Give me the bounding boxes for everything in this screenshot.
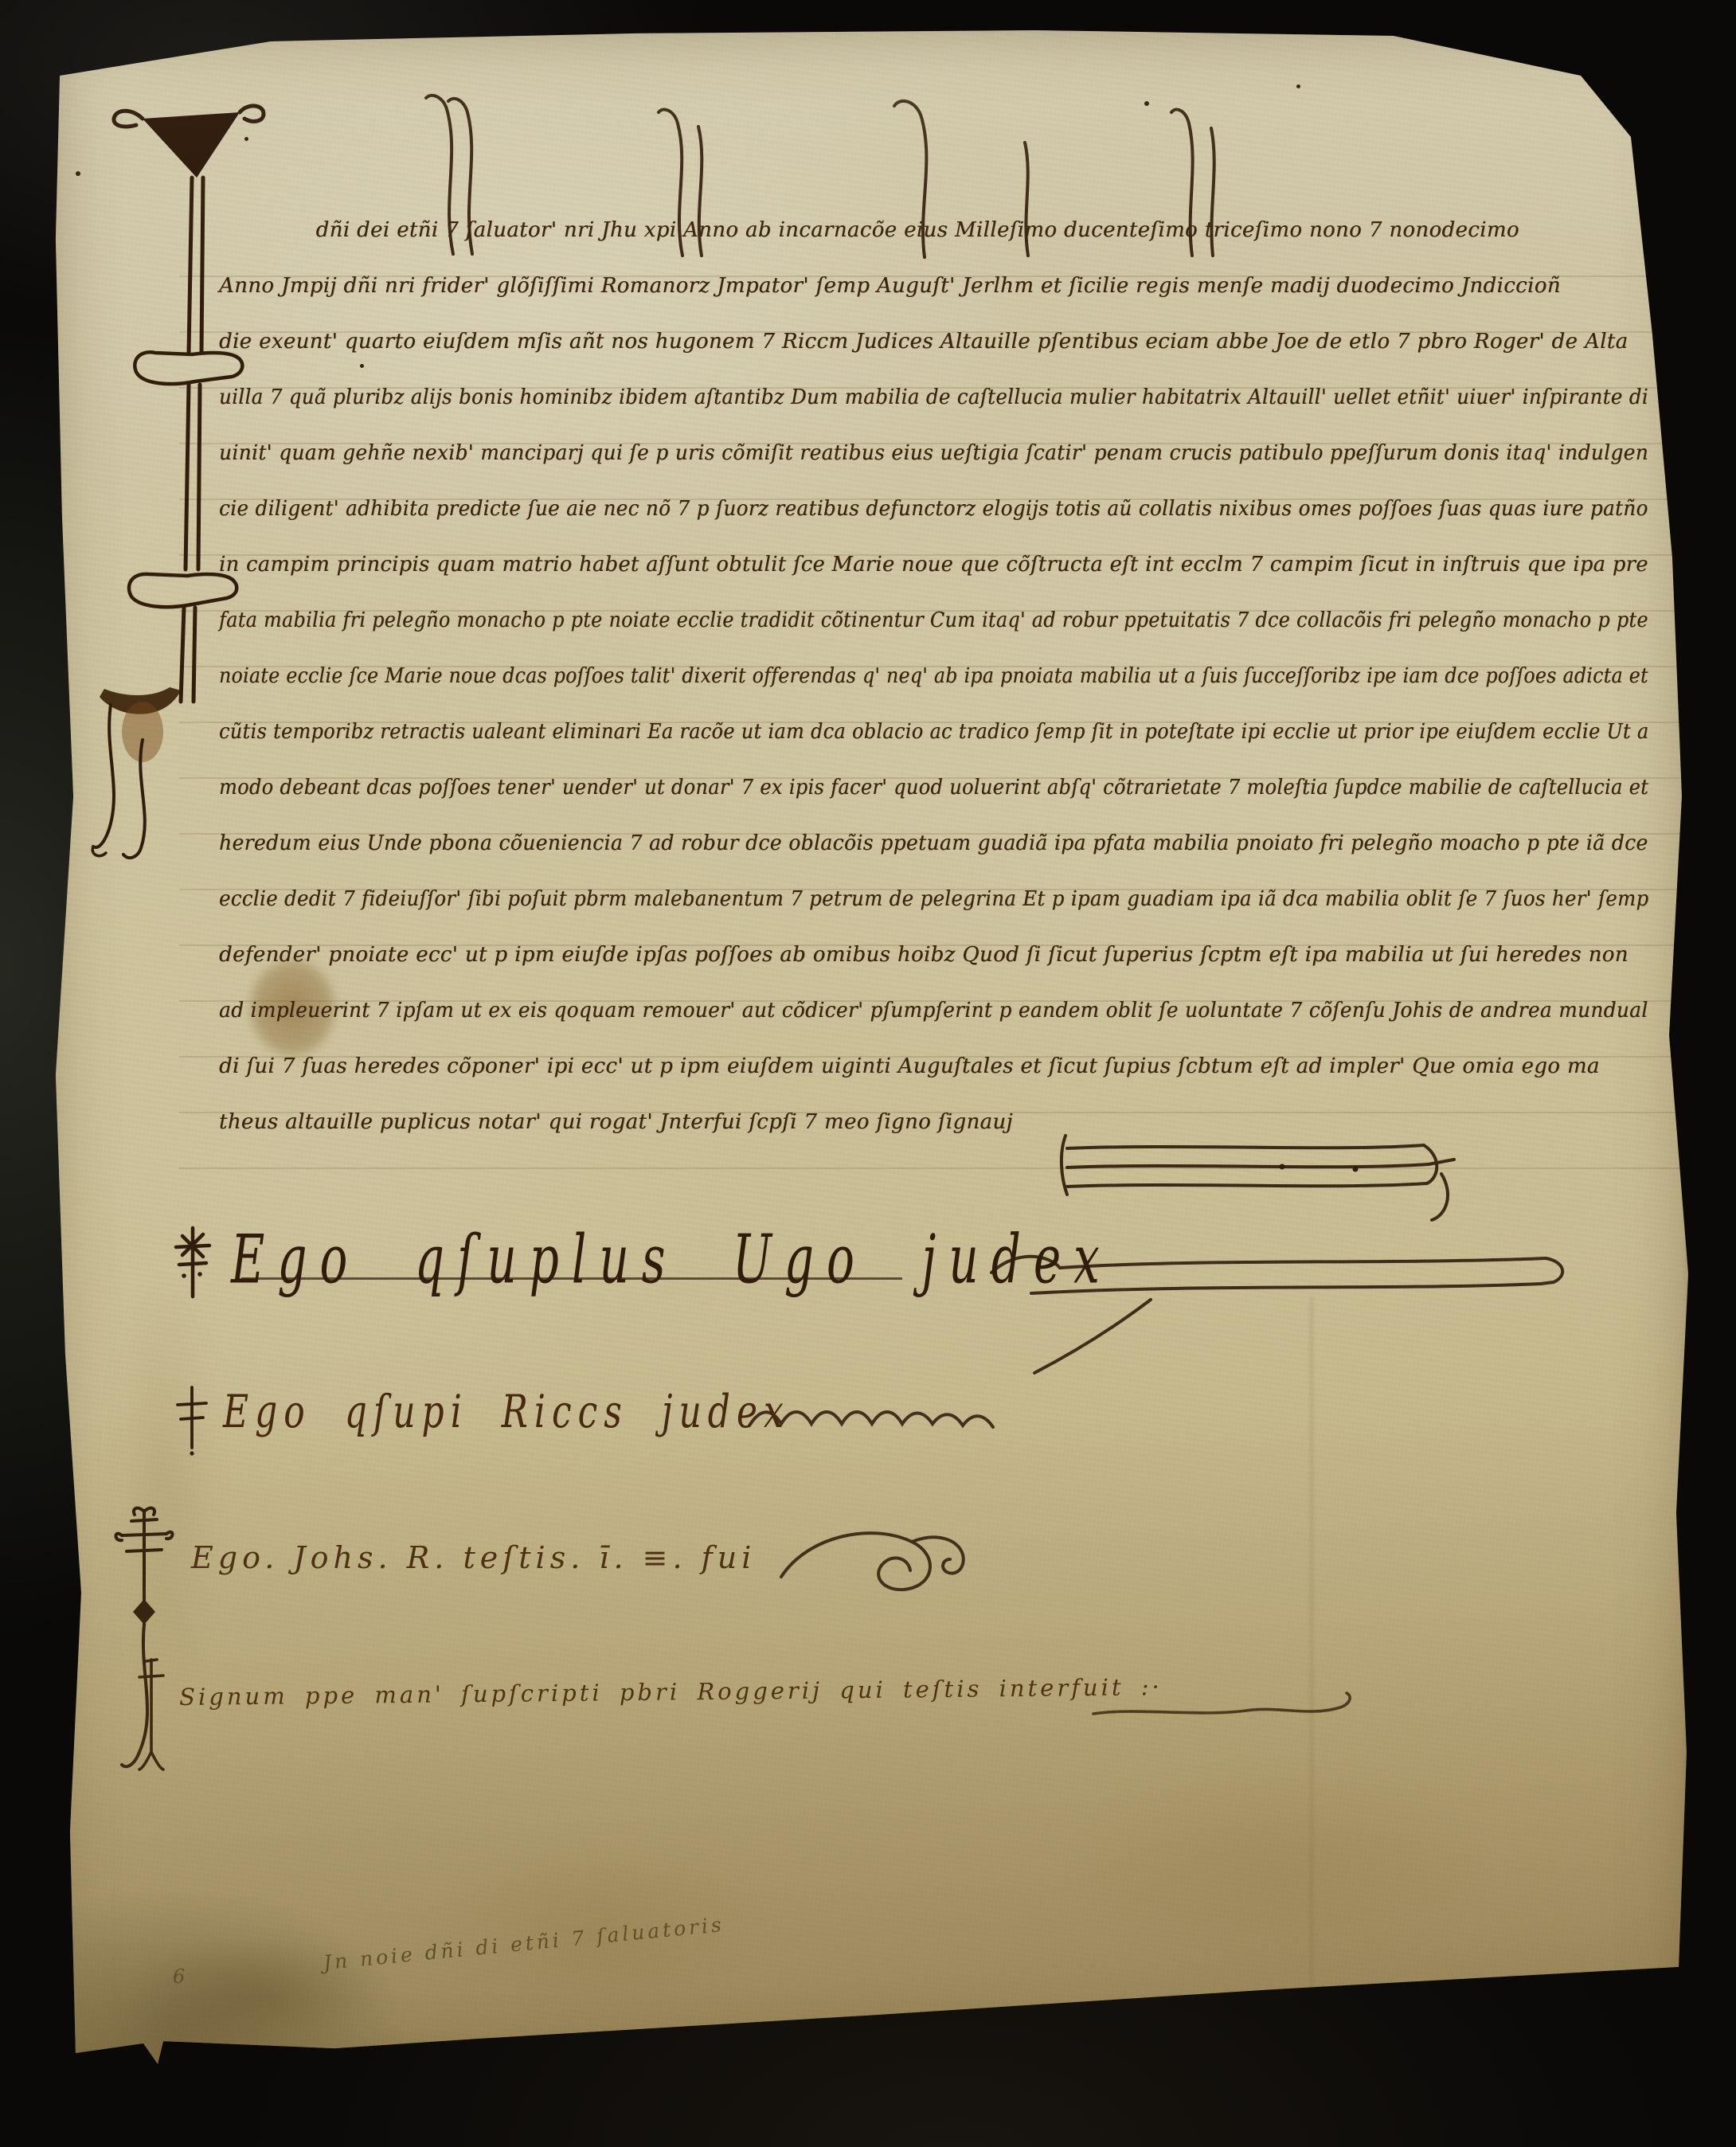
text-line: noiate ecclie ſce Marie noue dcas poſſoe… [219,648,1515,704]
initial-letter-I [76,98,283,862]
text-line: cũtis temporibz retractis ualeant elimin… [219,704,1536,760]
signum-line: Signum ppe man' ſupſcripti pbri Roggerij… [179,1673,1163,1711]
text-line: uilla 7 quã pluribz alijs bonis hominibz… [219,370,1565,425]
signature-cross-icon [173,1223,214,1306]
text-line: in campim principis quam matrio habet aſ… [219,537,1629,592]
text-line: cie diligent' adhibita predicte ſue aie … [219,481,1574,537]
signature-judge-2: Ego qſupi Riccs judex [223,1386,790,1438]
charter-body-text: dñi dei etñi 7 ſaluator' nri Jhu xpi Ann… [219,202,1652,1150]
vertical-crease [1310,1296,1313,2013]
text-line: dñi dei etñi 7 ſaluator' nri Jhu xpi Ann… [219,202,1648,258]
ink-speck [1296,84,1300,88]
signature-cross-icon [176,1384,208,1457]
signature-witness: Ego. Johs. R. teſtis. ī. ≡. fui [191,1540,756,1575]
notary-sign [1043,1121,1457,1233]
signature-3-spiral-flourish [776,1519,983,1607]
text-line: ecclie dedit 7 fideiuſſor' ſibi poſuit p… [219,871,1561,927]
ink-speck [1144,101,1149,106]
text-line: ad impleuerint 7 ipſam ut ex eis qoquam … [219,983,1582,1038]
text-line: di ſui 7 ſuas heredes cõponer' ipi ecc' … [219,1038,1648,1094]
long-cross-icon [138,1656,166,1777]
signature-judge-1: Ego qſuplus Ugo judex [231,1220,1112,1299]
text-line: Anno Jmpij dñi nri frider' glõſiſſimi Ro… [219,258,1648,314]
parchment-charter: dñi dei etñi 7 ſaluator' nri Jhu xpi Ann… [44,22,1692,2073]
text-line: fata mabilia fri pelegño monacho p pte n… [219,592,1529,648]
archive-numeral: 6 [173,1965,185,1988]
bottom-right-stain [999,1734,1557,1997]
text-line: heredum eius Unde pbona cõueniencia 7 ad… [219,815,1594,871]
text-line: die exeunt' quarto eiuſdem mſis añt nos … [219,314,1648,370]
text-line: uinit' quam gehñe nexib' manciparj qui ſ… [219,425,1586,481]
text-line: modo debeant dcas poſſoes tener' uender'… [219,760,1540,815]
text-line: defender' pnoiate ecc' ut p ipm eiuſde i… [219,927,1648,983]
